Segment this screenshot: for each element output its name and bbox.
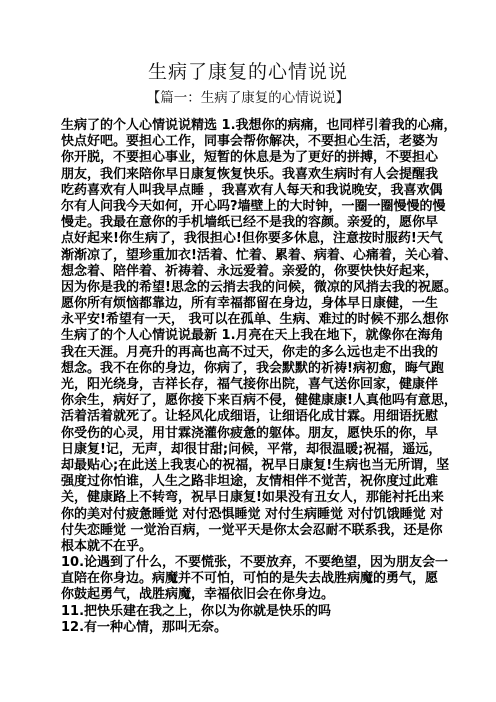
text-line: 付失恋睡觉 一觉治百病，一觉平天是你太会忍耐不联系我，还是你 — [61, 523, 471, 539]
text-line: 愿你所有烦恼都靠边，所有幸福都留在身边，身体早日康健，一生 — [61, 296, 471, 312]
text-line: 日康复!记，无声，却很甘甜;问候，平常，却很温暖;祝福，遥远， — [61, 442, 471, 458]
text-line: 朋友，我们来陪你早日康复恢复快乐。我喜欢生病时有人会提醒我 — [61, 167, 471, 183]
text-line: 你鼓起勇气，战胜病魔，幸福依旧会在你身边。 — [61, 587, 471, 603]
text-line: 永平安!希望有一天， 我可以在孤单、生病、难过的时候不那么想你 — [61, 312, 471, 328]
text-line: 你开脱，不要担心事业，短暂的休息是为了更好的拼搏，不要担心 — [61, 150, 471, 166]
text-line: 生病了的个人心情说说精选 1.我想你的病痛，也同样引着我的心痛， — [61, 118, 471, 134]
text-line: 我在天涯。月亮升的再高也高不过天，你走的多么远也走不出我的 — [61, 345, 471, 361]
text-line: 生病了的个人心情说说最新 1.月亮在天上我在地下，就像你在海角 — [61, 328, 471, 344]
text-line: 却最贴心;在此送上我衷心的祝福，祝早日康复!生病也当无所谓，坚 — [61, 458, 471, 474]
text-line: 吃药喜欢有人叫我早点睡 ，我喜欢有人每天和我说晚安，我喜欢偶 — [61, 183, 471, 199]
text-line: 点好起来!你生病了，我很担心!但你要多休息，注意按时服药!天气 — [61, 231, 471, 247]
text-line: 慢走。我最在意你的手机墙纸已经不是我的容颜。亲爱的，愿你早 — [61, 215, 471, 231]
text-line: 渐渐凉了，望珍重加衣!活着、忙着、累着、病着、心痛着，关心着、 — [61, 248, 471, 264]
text-line: 11.把快乐建在我之上，你以为你就是快乐的吗 — [61, 604, 471, 620]
text-line: 你余生，病好了，愿你接下来百病不侵，健健康康!人真他吗有意思， — [61, 393, 471, 409]
document-body: 生病了的个人心情说说精选 1.我想你的病痛，也同样引着我的心痛， 快点好吧。要担… — [61, 118, 471, 636]
text-line: 强度过你怕谁，人生之路非坦途，友情相伴不觉苦，祝你度过此难 — [61, 474, 471, 490]
text-line: 直陪在你身边。病魔并不可怕，可怕的是失去战胜病魔的勇气，愿 — [61, 571, 471, 587]
document-page: 生病了康复的心情说说 【篇一：生病了康复的心情说说】 生病了的个人心情说说精选 … — [0, 0, 496, 702]
text-line: 你受伤的心灵，用甘霖浇灌你疲惫的躯体。朋友，愿快乐的你，早 — [61, 426, 471, 442]
text-line: 关，健康路上不转弯，祝早日康复!如果没有丑女人，那能衬托出来 — [61, 490, 471, 506]
text-line: 光，阳光绕身，吉祥长存，福气接你出院，喜气送你回家，健康伴 — [61, 377, 471, 393]
text-line: 活着活着就死了。让轻风化成细语，让细语化成甘霖。用细语抚慰 — [61, 409, 471, 425]
text-line: 10.论遇到了什么，不要慌张，不要放弃，不要绝望，因为朋友会一 — [61, 555, 471, 571]
text-line: 你的美对付疲惫睡觉 对付恐惧睡觉 对付生病睡觉 对付饥饿睡觉 对 — [61, 507, 471, 523]
text-line: 想念着、陪伴着、祈祷着、永远爱着。亲爱的，你要快快好起来， — [61, 264, 471, 280]
text-line: 根本就不在乎。 — [61, 539, 471, 555]
text-line: 12.有一种心情，那叫无奈。 — [61, 620, 471, 636]
document-title: 生病了康复的心情说说 — [0, 60, 496, 84]
text-line: 因为你是我的希望!思念的云捎去我的问候，微凉的风捎去我的祝愿。 — [61, 280, 471, 296]
section-heading: 【篇一：生病了康复的心情说说】 — [0, 89, 496, 107]
text-line: 快点好吧。要担心工作，同事会帮你解决，不要担心生活，老婆为 — [61, 134, 471, 150]
text-line: 尔有人问我今天如何，开心吗?墙壁上的大时钟，一圈一圈慢慢的慢 — [61, 199, 471, 215]
text-line: 想念。我不在你的身边，你病了，我会默默的祈祷!病初愈，晦气跑 — [61, 361, 471, 377]
